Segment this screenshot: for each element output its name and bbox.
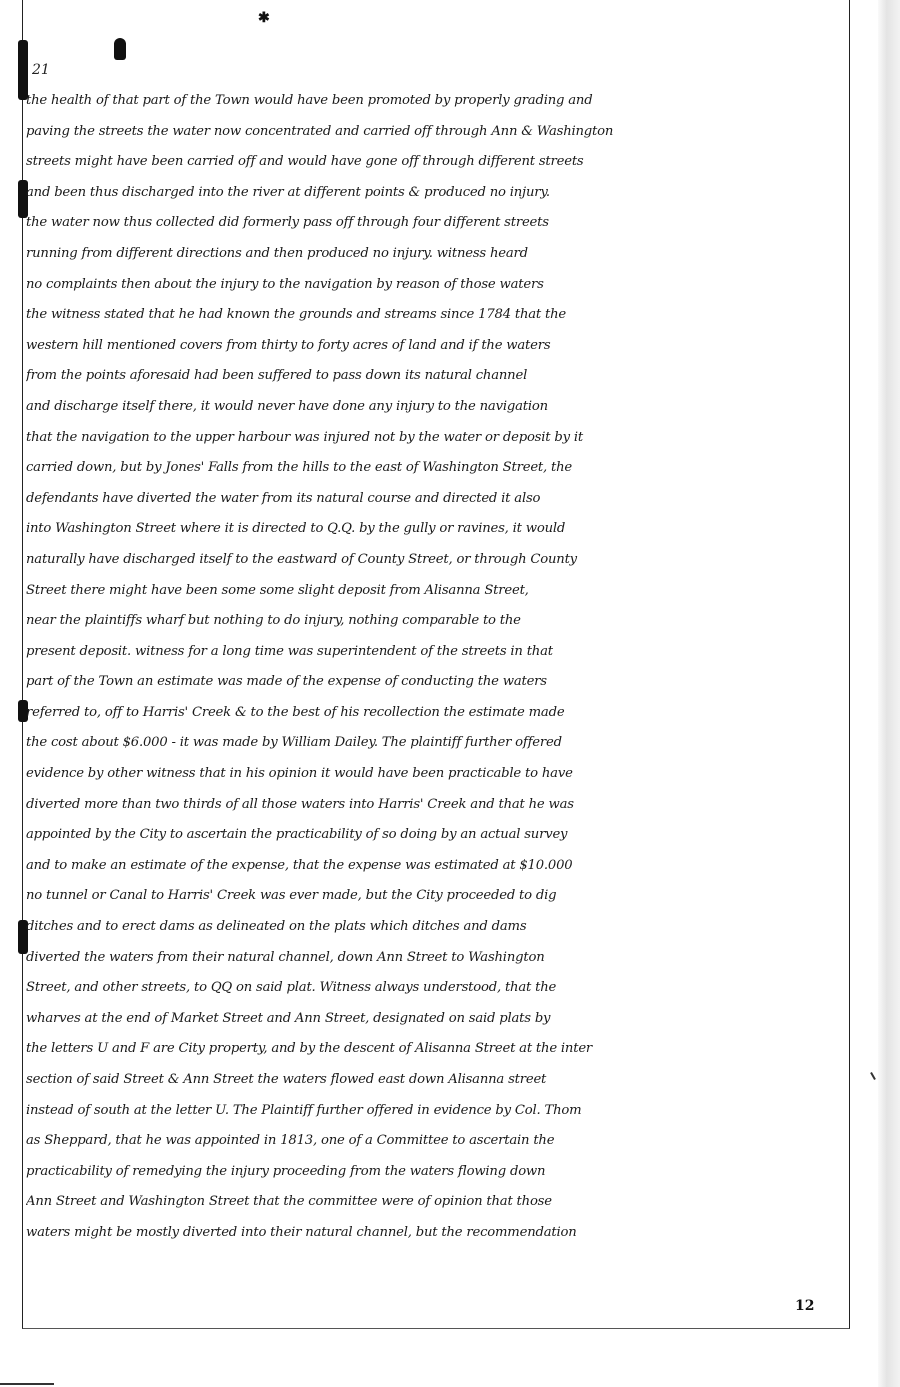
text-line: evidence by other witness that in his op… [26,759,844,790]
text-line: appointed by the City to ascertain the p… [26,820,844,851]
text-line: from the points aforesaid had been suffe… [26,361,844,392]
text-line: carried down, but by Jones' Falls from t… [26,453,844,484]
text-line: the witness stated that he had known the… [26,300,844,331]
text-line: Ann Street and Washington Street that th… [26,1187,844,1218]
text-line: and discharge itself there, it would nev… [26,392,844,423]
scan-page-edge [878,0,900,1387]
text-line: near the plaintiffs wharf but nothing to… [26,606,844,637]
text-line: no complaints then about the injury to t… [26,270,844,301]
text-line: referred to, off to Harris' Creek & to t… [26,698,844,729]
folio-number: 21 [32,62,50,78]
text-line: wharves at the end of Market Street and … [26,1004,844,1035]
text-line: the health of that part of the Town woul… [26,86,844,117]
text-line: paving the streets the water now concent… [26,117,844,148]
text-line: the cost about $6.000 - it was made by W… [26,728,844,759]
scan-artifact [870,1072,876,1080]
text-line: western hill mentioned covers from thirt… [26,331,844,362]
text-line: part of the Town an estimate was made of… [26,667,844,698]
text-line: streets might have been carried off and … [26,147,844,178]
top-mark: ✱ [258,10,270,26]
text-line: defendants have diverted the water from … [26,484,844,515]
scan-artifact [0,1383,54,1385]
text-line: Street, and other streets, to QQ on said… [26,973,844,1004]
text-line: instead of south at the letter U. The Pl… [26,1096,844,1127]
handwritten-text-body: the health of that part of the Town woul… [26,86,844,1249]
text-line: ditches and to erect dams as delineated … [26,912,844,943]
text-line: as Sheppard, that he was appointed in 18… [26,1126,844,1157]
text-line: the water now thus collected did formerl… [26,208,844,239]
text-line: into Washington Street where it is direc… [26,514,844,545]
text-line: no tunnel or Canal to Harris' Creek was … [26,881,844,912]
text-line: running from different directions and th… [26,239,844,270]
text-line: Street there might have been some some s… [26,576,844,607]
text-line: that the navigation to the upper harbour… [26,423,844,454]
text-line: section of said Street & Ann Street the … [26,1065,844,1096]
text-line: naturally have discharged itself to the … [26,545,844,576]
text-line: diverted the waters from their natural c… [26,943,844,974]
text-line: present deposit. witness for a long time… [26,637,844,668]
text-line: diverted more than two thirds of all tho… [26,790,844,821]
text-line: and to make an estimate of the expense, … [26,851,844,882]
text-line: and been thus discharged into the river … [26,178,844,209]
ink-blot [114,38,126,60]
text-line: the letters U and F are City property, a… [26,1034,844,1065]
text-line: waters might be mostly diverted into the… [26,1218,844,1249]
text-line: practicability of remedying the injury p… [26,1157,844,1188]
page-number: 12 [795,1298,814,1314]
